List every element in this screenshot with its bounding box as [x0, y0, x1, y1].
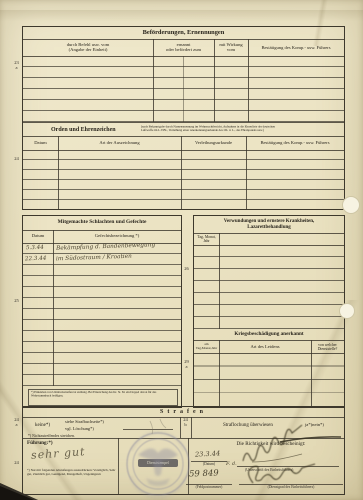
col1-line2: (Angabe der Einheit) — [69, 47, 108, 52]
signature1-label: (Unterschrift des Einheitsführers) — [245, 468, 293, 472]
table-verwundungen: Verwundungen und ernstere Krankheiten, L… — [193, 215, 345, 408]
column-divider — [191, 417, 192, 438]
kriegsbeschaedigung-title: Kriegsbeschädigung anerkannt — [194, 332, 344, 337]
feldpost-label: (Feldpostnummer) — [183, 485, 235, 489]
divider — [194, 233, 344, 234]
orden-col1-header: Datum — [23, 141, 58, 146]
verwundungen-title-line1: Verwundungen und ernstere Krankheiten, — [224, 219, 315, 224]
punch-hole-1 — [343, 197, 360, 214]
strafen-keine: keine*) — [35, 423, 50, 428]
fuehrung-label: Führung:*) — [27, 441, 53, 446]
signature2-label: (Dienstgrad des Einheitsführers) — [239, 485, 343, 489]
orden-note-line2: Luftwaffe im L.V.Bl., Verleihung einer A… — [141, 129, 264, 133]
strafen-vgl: vgl. Löschung*) — [65, 427, 94, 432]
orden-note: (nach Bekanntgabe durch Namensnennung im… — [141, 125, 341, 132]
orden-title: Orden und Ehrenzeichen — [51, 127, 116, 133]
strafen-note: *) Nichtzutreffendes streichen. — [28, 434, 75, 438]
date-label: (Datum) — [191, 462, 227, 466]
kb-col3-line2: Dienststelle? — [318, 347, 338, 351]
kb-col1-header: am Tag,Monat,Jahr — [194, 343, 219, 350]
befoerderungen-col2-header: ernannt oder befördert zum — [153, 43, 214, 53]
wehrpass-scanned-page: Beförderungen, Ernennungen durch Befehl … — [0, 0, 363, 500]
column-divider — [118, 438, 119, 494]
ruled-rows — [23, 150, 344, 209]
feldpost-handwriting: 59 849 — [189, 468, 219, 479]
divider — [23, 39, 344, 40]
verwundungen-title: Verwundungen und ernstere Krankheiten, L… — [194, 219, 344, 231]
section-number-24: 24 — [12, 156, 21, 161]
sub: a — [15, 65, 17, 70]
stamp-label: Dienststempel — [138, 461, 178, 465]
strafen-siehe: siehe Strafbuchseite*) — [65, 420, 104, 425]
befoerderungen-col4-header: Bestätigung des Komp.- usw. Führers — [248, 46, 344, 51]
kb-col3-header: von welcher Dienststelle? — [311, 343, 344, 351]
bescheinigung-heading: Die Richtigkeit wird bescheinigt: — [198, 442, 344, 447]
tag-monat-line2: Jahr — [203, 239, 209, 243]
date-handwriting: 23.3.44 — [195, 449, 221, 458]
verwundungen-col1-header: Tag, Monat, Jahr — [194, 235, 219, 243]
schlachten-col2-header: Gefechtsbezeichnung *) — [53, 234, 181, 239]
divider — [23, 438, 344, 439]
fd-handwriting: F. d. — [226, 461, 237, 467]
table-befoerderungen-orden: Beförderungen, Ernennungen durch Befehl … — [22, 26, 345, 210]
section-number-strafen-a: 24a — [12, 417, 21, 427]
orden-col3-header: Verleihungsurkunde — [181, 141, 246, 146]
orden-col2-header: Art der Auszeichnung — [58, 141, 181, 146]
section-number-fuehrung: 24 — [12, 460, 21, 465]
befoerderungen-title: Beförderungen, Ernennungen — [23, 30, 344, 37]
verwundungen-title-line2: Lazarettbehandlung — [247, 225, 291, 230]
sub: a — [185, 364, 187, 369]
paper-crease-top — [0, 10, 363, 26]
section-divider — [23, 122, 344, 123]
strafen-ja-nein: ja*)nein*) — [305, 423, 324, 428]
ruled-rows — [23, 243, 181, 386]
col3-line2: vom — [227, 47, 235, 52]
orden-col4-header: Bestätigung des Komp.- usw. Führers — [246, 141, 344, 146]
schlachten-col1-header: Datum — [23, 234, 53, 239]
section-number-26: 26 — [181, 266, 192, 271]
ruled-rows — [194, 353, 344, 406]
section-number-29a: 29a — [181, 359, 192, 369]
section-number-23a: 23a — [12, 60, 21, 70]
entry-date-1: 5.3.44 — [26, 245, 44, 252]
ruled-rows — [194, 245, 344, 329]
befoerderungen-col3-header: mit Wirkung vom — [214, 43, 248, 53]
entry-date-2: 22.3.44 — [25, 256, 47, 263]
ruled-rows — [23, 56, 344, 122]
divider — [23, 136, 344, 137]
divider — [23, 230, 181, 231]
kb-col1-line2: Tag,Monat,Jahr — [196, 346, 217, 350]
sub: b — [184, 422, 186, 427]
strafen-right-label: Straflochung überwiesen — [223, 423, 273, 428]
strafen-title: Strafen — [23, 409, 344, 415]
schlachten-footnote: *) Einkleben von Umdruckstreifen ist zul… — [31, 391, 175, 398]
fuehrung-handwriting: sehr gut — [31, 445, 86, 462]
section-number-25: 25 — [12, 298, 21, 303]
sub: a — [15, 422, 17, 427]
stamp-label-chip: Dienststempel — [138, 459, 178, 467]
col2-line2: oder befördert zum — [166, 47, 201, 52]
fuehrung-footnote: *) Nur mit folgenden Abstufungen auszudr… — [27, 469, 116, 477]
section-number-strafen-b: 24b — [180, 417, 191, 427]
blank-write-line — [123, 429, 173, 430]
kb-col2-header: Art des Leidens — [219, 345, 311, 350]
table-schlachten: Mitgemachte Schlachten und Gefechte Datu… — [22, 215, 182, 408]
schlachten-title: Mitgemachte Schlachten und Gefechte — [23, 220, 181, 226]
divider — [194, 340, 344, 341]
befoerderungen-col1-header: durch Befehl usw. vom (Angabe der Einhei… — [23, 43, 153, 53]
